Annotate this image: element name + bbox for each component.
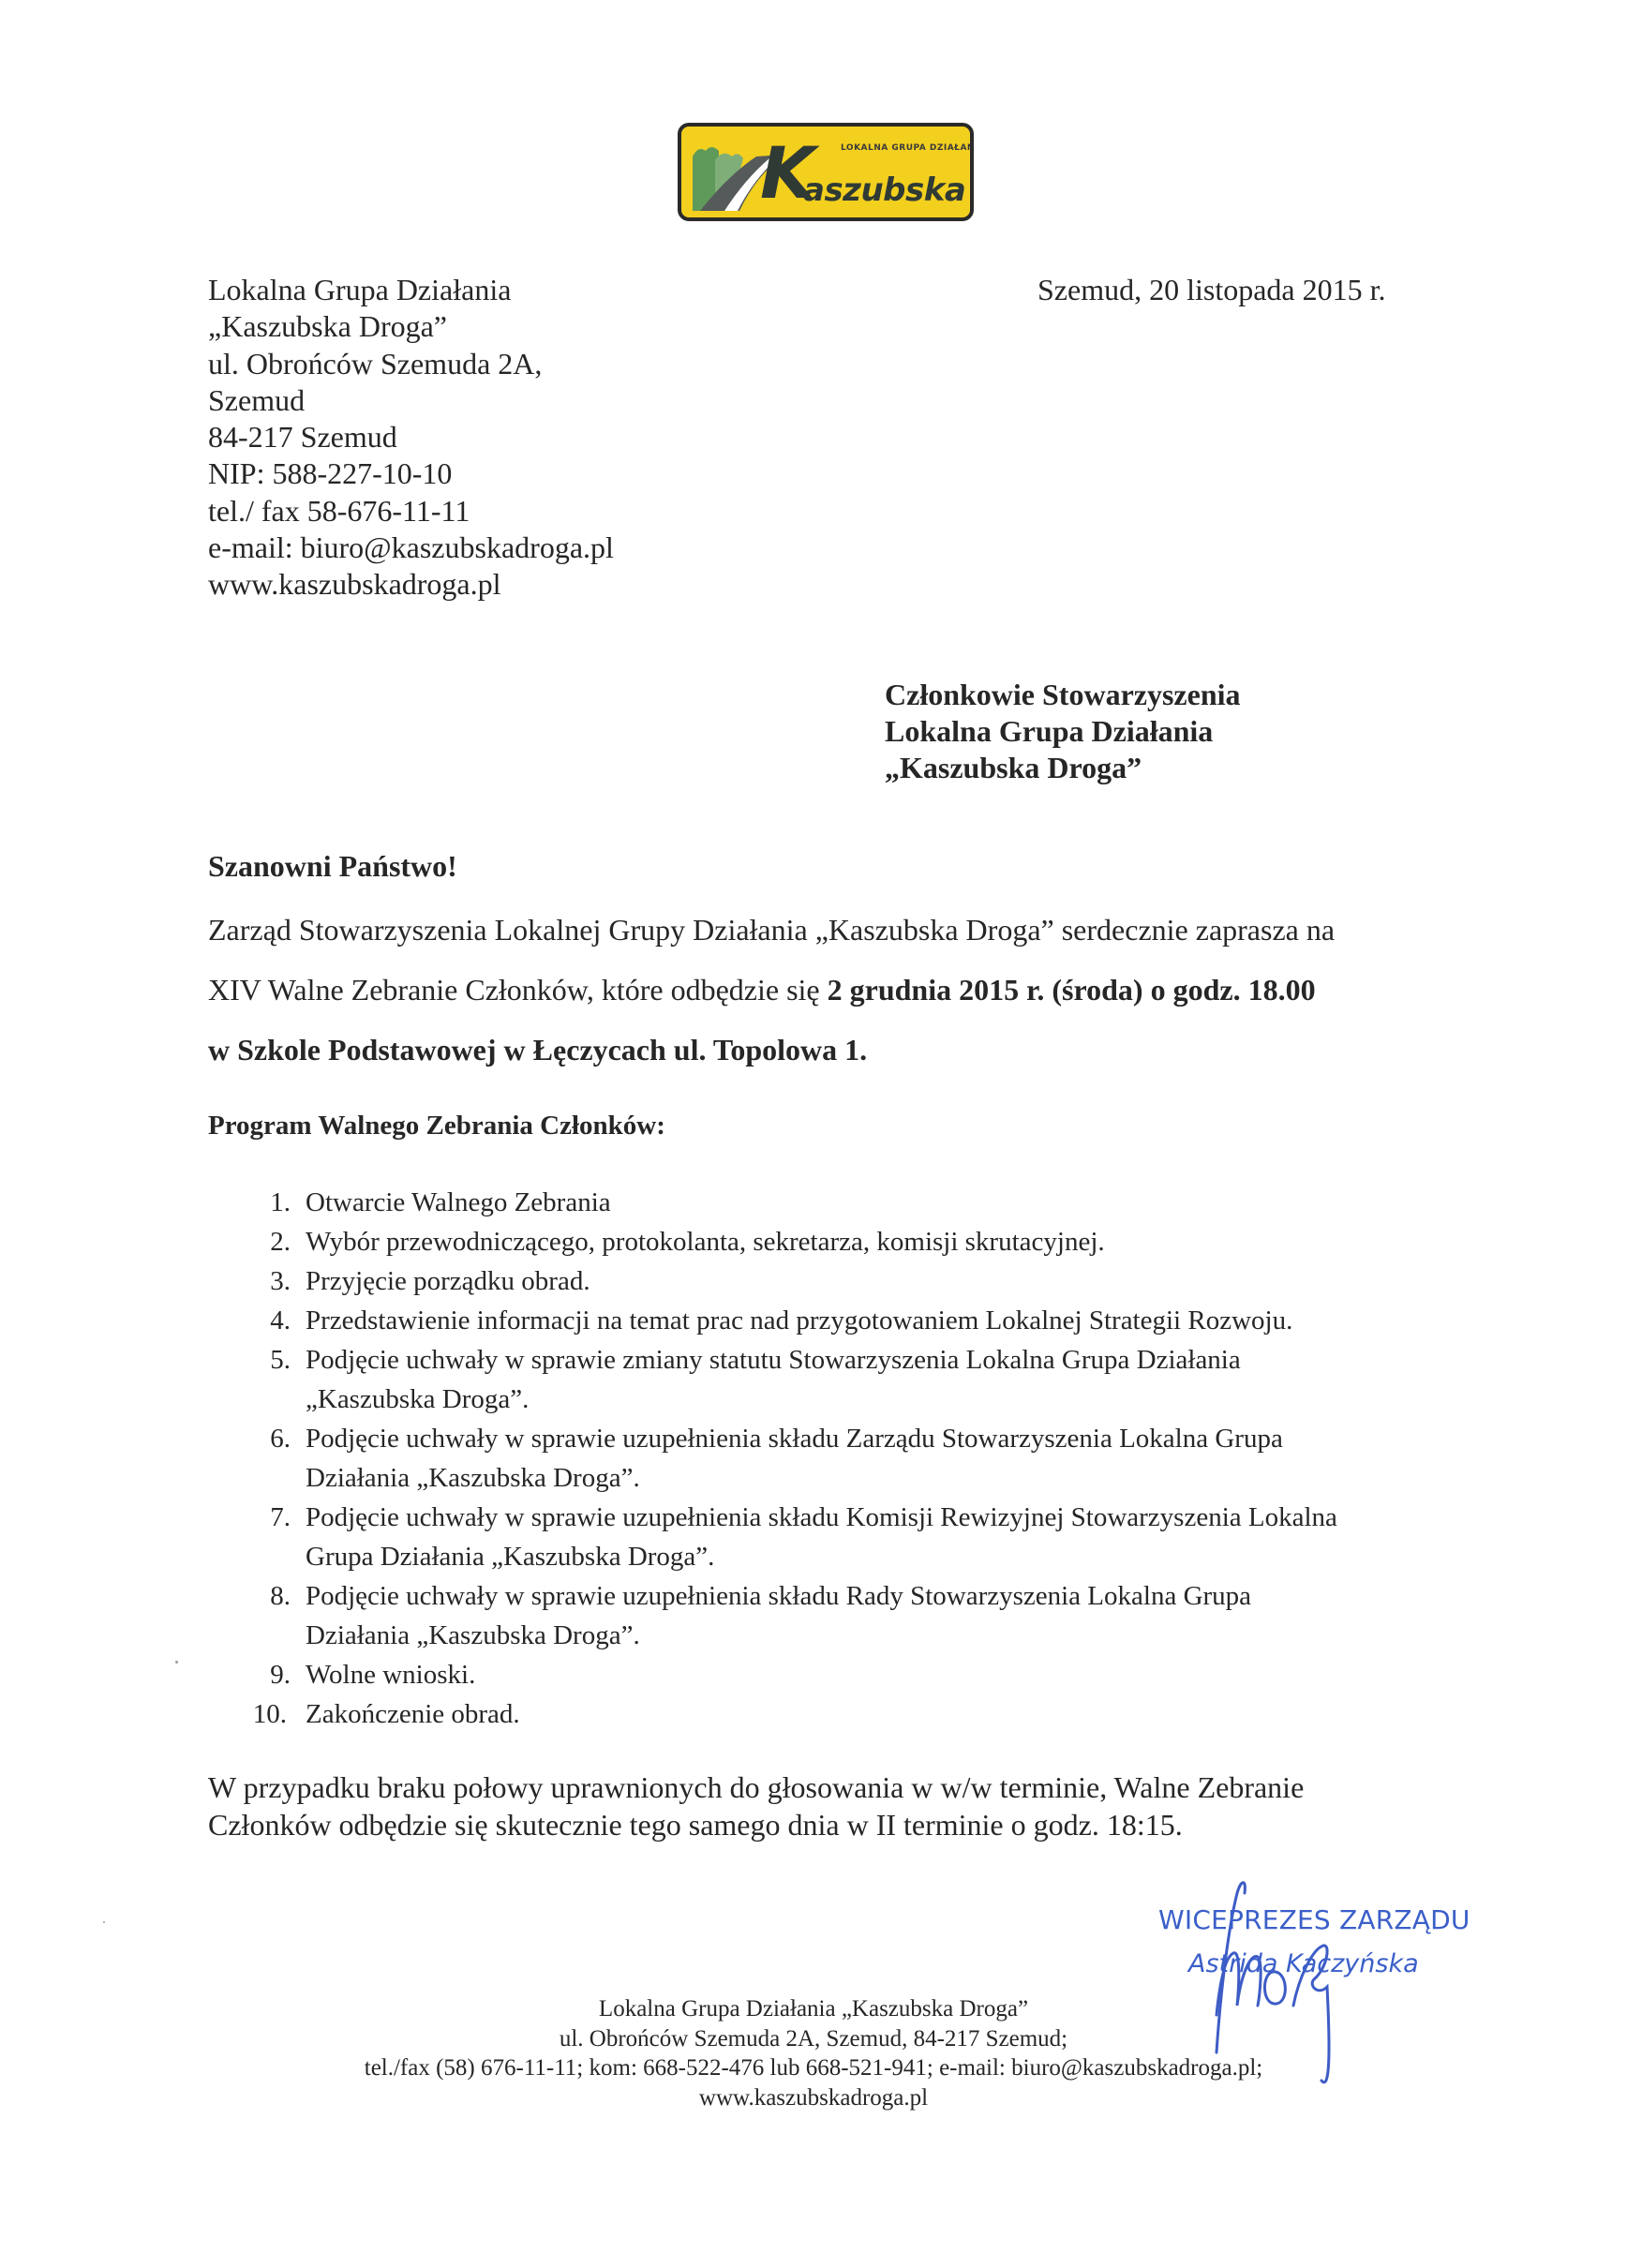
closing-paragraph: W przypadku braku połowy uprawnionych do… [208, 1769, 1445, 1843]
stamp-signatory-name: Astrida Kaczyńska [1188, 1949, 1419, 1978]
agenda-item: 2.Wybór przewodniczącego, protokolanta, … [246, 1222, 1464, 1261]
sender-line: Szemud [208, 382, 614, 419]
scan-speck [103, 1921, 105, 1923]
agenda-item-number: 5. [246, 1340, 298, 1380]
footer-organization: Lokalna Grupa Działania „Kaszubska Droga… [0, 1994, 1627, 2024]
agenda-item-text: Zakończenie obrad. [306, 1699, 520, 1729]
invitation-line: XIV Walne Zebranie Członków, które odbęd… [208, 960, 1445, 1020]
agenda-item-number: 3. [246, 1261, 298, 1301]
agenda-item: 1.Otwarcie Walnego Zebrania [246, 1183, 1464, 1222]
stamp-title: WICEPREZES ZARZĄDU [1158, 1904, 1470, 1935]
recipient-line: Lokalna Grupa Działania [885, 713, 1241, 750]
sender-phone: tel./ fax 58-676-11-11 [208, 493, 614, 530]
agenda-item-number: 4. [246, 1301, 298, 1340]
greeting: Szanowni Państwo! [208, 848, 457, 885]
invitation-line: Zarząd Stowarzyszenia Lokalnej Grupy Dzi… [208, 900, 1445, 960]
closing-line: Członków odbędzie się skutecznie tego sa… [208, 1807, 1445, 1844]
agenda-item-text: Przedstawienie informacji na temat prac … [306, 1306, 1292, 1335]
footer-contacts: tel./fax (58) 676-11-11; kom: 668-522-47… [0, 2053, 1627, 2083]
sender-line: ul. Obrońców Szemuda 2A, [208, 346, 614, 382]
agenda-item: 8.Podjęcie uchwały w sprawie uzupełnieni… [246, 1576, 1464, 1616]
letter-date: Szemud, 20 listopada 2015 r. [1037, 272, 1386, 308]
program-title: Program Walnego Zebrania Członków: [208, 1109, 665, 1142]
agenda-item: 10.Zakończenie obrad. [246, 1694, 1464, 1734]
sender-line: „Kaszubska Droga” [208, 308, 614, 345]
agenda-item-text: Wybór przewodniczącego, protokolanta, se… [306, 1227, 1105, 1257]
agenda-item-number: 6. [246, 1419, 298, 1458]
footer-website: www.kaszubskadroga.pl [0, 2083, 1627, 2113]
agenda-item-text: Podjęcie uchwały w sprawie uzupełnienia … [306, 1424, 1283, 1454]
recipient-line: „Kaszubska Droga” [885, 750, 1241, 786]
agenda-item: 7.Podjęcie uchwały w sprawie uzupełnieni… [246, 1498, 1464, 1537]
scan-speck [175, 1661, 178, 1664]
sender-line: 84-217 Szemud [208, 419, 614, 455]
invitation-text: XIV Walne Zebranie Członków, które odbęd… [208, 973, 828, 1007]
agenda-item-text: Podjęcie uchwały w sprawie uzupełnienia … [306, 1502, 1337, 1532]
agenda-item-number: 1. [246, 1183, 298, 1222]
invitation-paragraph: Zarząd Stowarzyszenia Lokalnej Grupy Dzi… [208, 900, 1445, 1080]
recipient-block: Członkowie Stowarzyszenia Lokalna Grupa … [885, 677, 1241, 786]
agenda-item-number: 7. [246, 1498, 298, 1537]
agenda-item-text: Otwarcie Walnego Zebrania [306, 1187, 611, 1217]
agenda-item: 5.Podjęcie uchwały w sprawie zmiany stat… [246, 1340, 1464, 1380]
meeting-location-text: w Szkole Podstawowej w Łęczycach ul. Top… [208, 1033, 867, 1067]
agenda-item-text: Grupa Działania „Kaszubska Droga”. [306, 1542, 714, 1572]
closing-line: W przypadku braku połowy uprawnionych do… [208, 1769, 1445, 1807]
sender-email: e-mail: biuro@kaszubskadroga.pl [208, 530, 614, 566]
agenda-item: 6.Podjęcie uchwały w sprawie uzupełnieni… [246, 1419, 1464, 1458]
sender-nip: NIP: 588-227-10-10 [208, 455, 614, 492]
logo-tagline: LOKALNA GRUPA DZIAŁANIA [841, 143, 974, 153]
agenda-item-continuation: Działania „Kaszubska Droga”. [246, 1616, 1464, 1655]
meeting-datetime: 2 grudnia 2015 r. (środa) o godz. 18.00 [828, 973, 1316, 1007]
agenda-item: 4.Przedstawienie informacji na temat pra… [246, 1301, 1464, 1340]
agenda-item-text: „Kaszubska Droga”. [306, 1384, 529, 1414]
agenda-item-number: 2. [246, 1222, 298, 1261]
agenda-item-number: 9. [246, 1655, 298, 1694]
agenda-item-text: Przyjęcie porządku obrad. [306, 1266, 590, 1296]
agenda-item: 9.Wolne wnioski. [246, 1655, 1464, 1694]
agenda-item-continuation: „Kaszubska Droga”. [246, 1380, 1464, 1419]
footer-address: ul. Obrońców Szemuda 2A, Szemud, 84-217 … [0, 2024, 1627, 2054]
agenda-item-text: Wolne wnioski. [306, 1660, 475, 1690]
logo-brand-name: aszubska Droga [803, 173, 974, 207]
agenda-item-text: Podjęcie uchwały w sprawie uzupełnienia … [306, 1581, 1251, 1611]
recipient-line: Członkowie Stowarzyszenia [885, 677, 1241, 713]
sender-line: Lokalna Grupa Działania [208, 272, 614, 308]
agenda-list: 1.Otwarcie Walnego Zebrania2.Wybór przew… [246, 1183, 1464, 1734]
organization-logo: LOKALNA GRUPA DZIAŁANIA K aszubska Droga [678, 123, 974, 221]
sender-website: www.kaszubskadroga.pl [208, 566, 614, 603]
agenda-item-number: 8. [246, 1576, 298, 1616]
agenda-item-text: Działania „Kaszubska Droga”. [306, 1620, 640, 1650]
meeting-location: w Szkole Podstawowej w Łęczycach ul. Top… [208, 1020, 1445, 1080]
agenda-item-text: Działania „Kaszubska Droga”. [306, 1463, 640, 1493]
sender-address: Lokalna Grupa Działania „Kaszubska Droga… [208, 272, 614, 604]
agenda-item-continuation: Grupa Działania „Kaszubska Droga”. [246, 1537, 1464, 1576]
agenda-item: 3.Przyjęcie porządku obrad. [246, 1261, 1464, 1301]
letter-footer: Lokalna Grupa Działania „Kaszubska Droga… [0, 1994, 1627, 2112]
agenda-item-text: Podjęcie uchwały w sprawie zmiany statut… [306, 1345, 1241, 1375]
agenda-item-continuation: Działania „Kaszubska Droga”. [246, 1458, 1464, 1498]
agenda-item-number: 10. [242, 1694, 294, 1734]
